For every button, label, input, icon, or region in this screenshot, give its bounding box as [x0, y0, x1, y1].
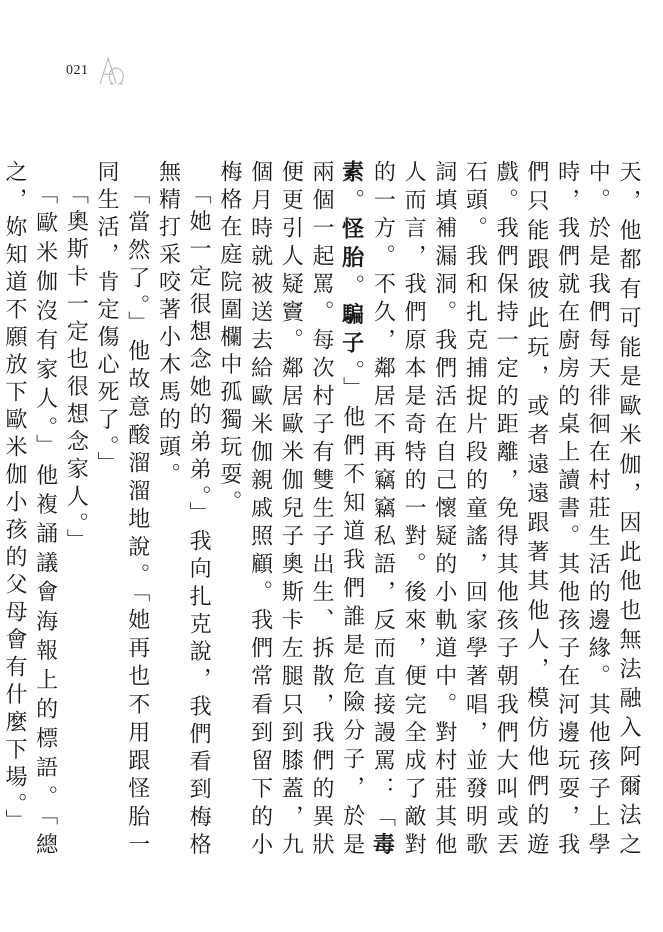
page-header: 021 — [66, 54, 129, 88]
alpha-omega-logo-icon — [97, 55, 129, 87]
emphasized-text: 怪胎 — [339, 217, 365, 274]
text-run: 「奧斯卡一定也很想念家人。」 — [63, 182, 88, 556]
vertical-text-body: 天，他都有可能是歐米伽，因此他也無法融入阿爾法之中。於是我們每天徘徊在村莊生活的… — [63, 160, 643, 860]
paragraph: 天，他都有可能是歐米伽，因此他也無法融入阿爾法之中。於是我們每天徘徊在村莊生活的… — [213, 160, 643, 860]
text-run: 天，他都有可能是歐米伽，因此他也無法融入阿爾法之中。於是我們每天徘徊在村莊生活的… — [370, 160, 641, 860]
text-run: 。 — [340, 188, 365, 216]
paragraph: 「她一定很想念她的弟弟。」我向扎克說，我們看到梅格無精打采咬著小木馬的頭。 — [152, 160, 213, 860]
paragraph: 「歐米伽沒有家人。」他複誦議會海報上的標語。「總之，妳知道不願放下歐米伽小孩的父… — [0, 160, 60, 860]
page-number: 021 — [66, 63, 89, 79]
paragraph: 「當然了。」他故意酸溜溜地說。「她再也不用跟怪胎一同生活，肯定傷心死了。」 — [90, 160, 151, 860]
text-run: 「歐米伽沒有家人。」他複誦議會海報上的標語。「總之，妳知道不願放下歐米伽小孩的父… — [2, 160, 58, 860]
text-run: 「當然了。」他故意酸溜溜地說。「她再也不用跟怪胎一同生活，肯定傷心死了。」 — [94, 160, 150, 860]
emphasized-text: 騙子 — [339, 302, 365, 359]
text-run: 。 — [340, 274, 365, 302]
text-run: 「她一定很想念她的弟弟。」我向扎克說，我們看到梅格無精打采咬著小木馬的頭。 — [155, 160, 211, 860]
paragraph: 「奧斯卡一定也很想念家人。」 — [60, 160, 91, 860]
